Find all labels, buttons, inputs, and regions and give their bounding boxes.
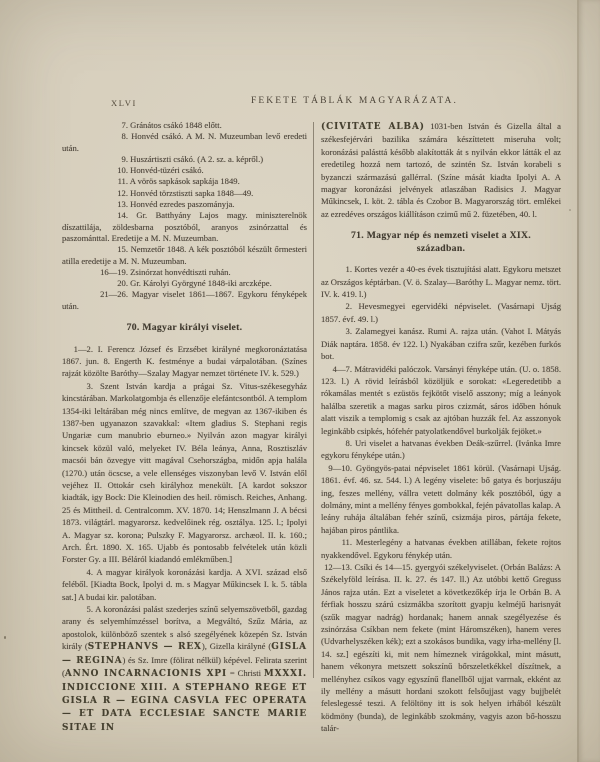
body-text: Huszártiszti csákó. (A 2. sz. a. képről.…: [130, 154, 263, 164]
entry-number: 10.: [62, 165, 128, 176]
right-column: (CIVITATE ALBA) 1031-ben István és Gizel…: [321, 120, 561, 735]
list-entry: 11. A vörös sapkások sapkája 1849.: [62, 176, 307, 187]
body-text: Honvéd törzstiszti sapka 1848—49.: [130, 188, 253, 198]
entry-number: 3.: [321, 325, 352, 337]
entry-number: 9—10.: [321, 462, 352, 474]
body-text: I. Ferencz József és Erzsébet királyné m…: [62, 344, 307, 379]
body-text: Gyöngyös-patai népviselet 1861 körül. (V…: [321, 463, 561, 535]
column-divider-rule: [313, 122, 314, 678]
list-entry: 9. Huszártiszti csákó. (A 2. sz. a. képr…: [62, 154, 307, 165]
list-entry: 8. Honvéd csákó. A M. N. Muzeumban levő …: [62, 131, 307, 154]
entry-number: 2.: [321, 300, 352, 312]
paragraph: (CIVITATE ALBA) 1031-ben István és Gizel…: [321, 120, 561, 220]
entry-number: 4.: [62, 566, 93, 578]
entry-number: 1—2.: [62, 343, 93, 355]
page-edge-shadow: [579, 0, 600, 762]
body-text: Csíki és 14—15. gyergyói székelyviselet.…: [321, 562, 561, 733]
body-text: Mesterlegény a hatvanas években atillába…: [321, 537, 561, 559]
body-text: A vörös sapkások sapkája 1849.: [130, 176, 240, 186]
body-text: Kortes vezér a 40-es évek tisztujítási a…: [321, 264, 561, 299]
entry-number: 15.: [62, 244, 128, 255]
body-text: Gránátos csákó 1848 előtt.: [130, 120, 222, 130]
section-heading: 70. Magyar királyi viselet.: [62, 322, 307, 335]
body-text: A magyar királyok koronázási kardja. A X…: [62, 567, 307, 602]
body-text: ), Gizella királyné (: [202, 641, 271, 651]
list-entry: 12. Honvéd törzstiszti sapka 1848—49.: [62, 188, 307, 199]
list-entry: 13. Honvéd ezredes paszományja.: [62, 199, 307, 210]
paragraph: 1—2. I. Ferencz József és Erzsébet királ…: [62, 343, 307, 380]
paragraph: 2. Hevesmegyei egervidéki népviselet. (V…: [321, 300, 561, 325]
entry-number: 14.: [62, 210, 128, 221]
entry-number: 8.: [62, 131, 128, 142]
entry-number: 5.: [62, 603, 93, 615]
section-heading: 71. Magyar nép és nemzeti viselet a XIX.…: [347, 230, 535, 255]
list-entry: 21—26. Magyar viselet 1861—1867. Egykoru…: [62, 289, 307, 312]
entry-number: 12—13.: [321, 561, 352, 573]
paragraph: 5. A koronázási palást szederjes színű s…: [62, 603, 307, 734]
entry-number: 4—7.: [321, 363, 352, 375]
body-text: Honvéd ezredes paszományja.: [130, 199, 234, 209]
paragraph: 8. Uri viselet a hatvanas években Deák-s…: [321, 437, 561, 462]
body-text: Honvéd-tüzéri csákó.: [130, 165, 204, 175]
left-column: 7. Gránátos csákó 1848 előtt.8. Honvéd c…: [62, 120, 307, 734]
ink-speck: [569, 209, 571, 211]
embroidered-inscription-text: STEPHANVS — REX: [88, 642, 202, 652]
entry-number: 16—19.: [62, 267, 128, 278]
paragraph: 3. Zalamegyei kanász. Rumi A. rajza után…: [321, 325, 561, 362]
entry-number: 12.: [62, 188, 128, 199]
entry-number: 21—26.: [62, 289, 128, 300]
entry-number: 11.: [321, 536, 352, 548]
embroidered-inscription-text: ANNO INCARNACIONIS XPI: [65, 669, 227, 679]
paragraph: 12—13. Csíki és 14—15. gyergyói székelyv…: [321, 561, 561, 735]
scanned-book-page: XLVI FEKETE TÁBLÁK MAGYARÁZATA. 7. Gráná…: [0, 0, 600, 762]
body-text: = Christi: [227, 668, 264, 678]
body-text: Uri viselet a hatvanas években Deák-szűr…: [321, 438, 561, 460]
entry-number: 13.: [62, 199, 128, 210]
body-text: Hevesmegyei egervidéki népviselet. (Vasá…: [321, 301, 561, 323]
list-entry: 10. Honvéd-tüzéri csákó.: [62, 165, 307, 176]
entry-number: 8.: [321, 437, 352, 449]
entry-number: 20.: [62, 278, 128, 289]
running-title: FEKETE TÁBLÁK MAGYARÁZATA.: [251, 96, 458, 106]
entry-number: 7.: [62, 120, 128, 131]
paragraph: 1. Kortes vezér a 40-es évek tisztujítás…: [321, 263, 561, 300]
entry-number: 3.: [62, 380, 93, 392]
list-entry: 14. Gr. Batthyány Lajos magy. minisztere…: [62, 210, 307, 244]
entry-number: 1.: [321, 263, 352, 275]
list-entry: 7. Gránátos csákó 1848 előtt.: [62, 120, 307, 131]
folio-number: XLVI: [111, 98, 137, 108]
embroidered-inscription-text: (CIVITATE ALBA): [321, 122, 425, 132]
list-entry: 16—19. Zsinórzat honvédtiszti ruhán.: [62, 267, 307, 278]
list-entry: 15. Nemzetőr 1848. A kék posztóból készü…: [62, 244, 307, 267]
body-text: Zalamegyei kanász. Rumi A. rajza után. (…: [321, 326, 561, 361]
body-text: 1031-ben István és Gizella által a széke…: [321, 121, 561, 219]
paragraph: 4. A magyar királyok koronázási kardja. …: [62, 566, 307, 603]
ink-speck: [4, 636, 6, 639]
paragraph: 3. Szent István kardja a prágai Sz. Vitu…: [62, 380, 307, 566]
body-text: Mátravidéki palóczok. Varsányi fényképe …: [321, 364, 561, 436]
paragraph: 11. Mesterlegény a hatvanas években atil…: [321, 536, 561, 561]
entry-number: 9.: [62, 154, 128, 165]
body-text: Szent István kardja a prágai Sz. Vitus-s…: [62, 381, 307, 565]
entry-number: 11.: [62, 176, 128, 187]
list-entry: 20. Gr. Károlyi Györgyné 1848-iki arczké…: [62, 278, 307, 289]
body-text: Zsinórzat honvédtiszti ruhán.: [130, 267, 230, 277]
paragraph: 9—10. Gyöngyös-patai népviselet 1861 kör…: [321, 462, 561, 536]
paragraph: 4—7. Mátravidéki palóczok. Varsányi fény…: [321, 363, 561, 437]
body-text: Gr. Károlyi Györgyné 1848-iki arczképe.: [130, 278, 272, 288]
